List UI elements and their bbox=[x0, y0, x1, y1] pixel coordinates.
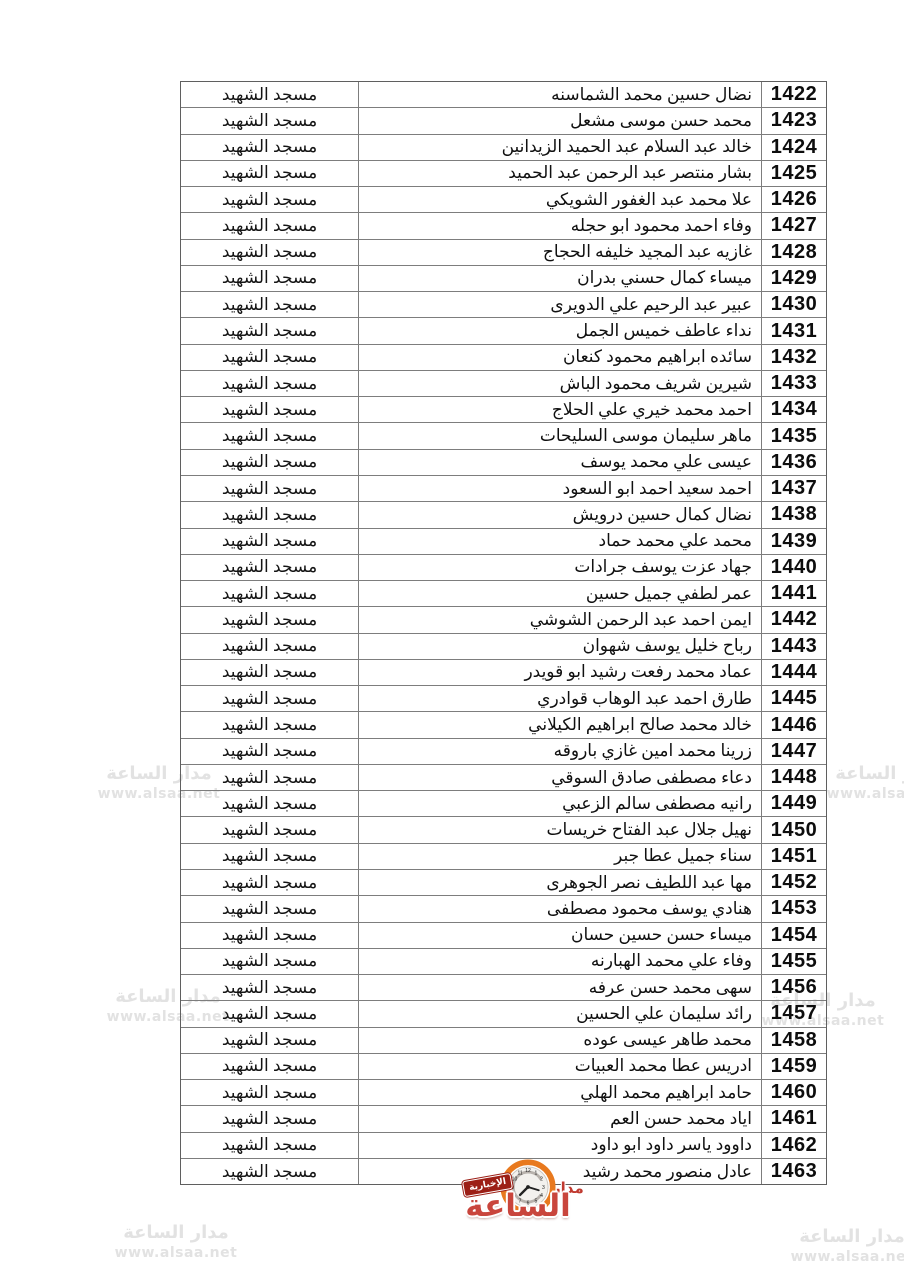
serial-number-cell: 1459 bbox=[762, 1054, 826, 1079]
location-cell: مسجد الشهيد bbox=[181, 1080, 359, 1105]
table-row: مسجد الشهيد سائده ابراهيم محمود كنعان 14… bbox=[181, 345, 826, 371]
table-row: مسجد الشهيد محمد حسن موسى مشعل 1423 bbox=[181, 108, 826, 134]
serial-number-cell: 1422 bbox=[762, 82, 826, 107]
svg-text:2: 2 bbox=[540, 1176, 543, 1182]
serial-number-cell: 1443 bbox=[762, 634, 826, 659]
serial-number-cell: 1452 bbox=[762, 870, 826, 895]
serial-number-cell: 1427 bbox=[762, 213, 826, 238]
location-cell: مسجد الشهيد bbox=[181, 108, 359, 133]
serial-number-cell: 1445 bbox=[762, 686, 826, 711]
location-cell: مسجد الشهيد bbox=[181, 476, 359, 501]
location-cell: مسجد الشهيد bbox=[181, 529, 359, 554]
table-row: مسجد الشهيد ايمن احمد عبد الرحمن الشوشي … bbox=[181, 607, 826, 633]
name-cell: رائد سليمان علي الحسين bbox=[359, 1001, 762, 1026]
serial-number-cell: 1449 bbox=[762, 791, 826, 816]
table-row: مسجد الشهيد محمد علي محمد حماد 1439 bbox=[181, 529, 826, 555]
document-page: مدار الساعة www.alsaa.net مدار الساعة ww… bbox=[0, 0, 904, 1280]
table-row: مسجد الشهيد ادريس عطا محمد العبيات 1459 bbox=[181, 1054, 826, 1080]
name-cell: ميساء كمال حسني بدران bbox=[359, 266, 762, 291]
table-row: مسجد الشهيد نداء عاطف خميس الجمل 1431 bbox=[181, 318, 826, 344]
serial-number-cell: 1458 bbox=[762, 1028, 826, 1053]
table-row: مسجد الشهيد محمد طاهر عيسى عوده 1458 bbox=[181, 1028, 826, 1054]
watermark-site-name: مدار الساعة bbox=[110, 1222, 242, 1245]
table-row: مسجد الشهيد احمد سعيد احمد ابو السعود 14… bbox=[181, 476, 826, 502]
location-cell: مسجد الشهيد bbox=[181, 1133, 359, 1158]
serial-number-cell: 1448 bbox=[762, 765, 826, 790]
table-row: مسجد الشهيد ماهر سليمان موسى السليحات 14… bbox=[181, 423, 826, 449]
serial-number-cell: 1431 bbox=[762, 318, 826, 343]
location-cell: مسجد الشهيد bbox=[181, 450, 359, 475]
name-cell: زرينا محمد امين غازي باروقه bbox=[359, 739, 762, 764]
watermark: مدار الساعة www.alsaa.net bbox=[110, 1222, 242, 1262]
serial-number-cell: 1440 bbox=[762, 555, 826, 580]
location-cell: مسجد الشهيد bbox=[181, 555, 359, 580]
serial-number-cell: 1462 bbox=[762, 1133, 826, 1158]
name-cell: مها عبد اللطيف نصر الجوهرى bbox=[359, 870, 762, 895]
serial-number-cell: 1435 bbox=[762, 423, 826, 448]
name-cell: اياد محمد حسن العم bbox=[359, 1106, 762, 1131]
name-cell: نضال كمال حسين درويش bbox=[359, 502, 762, 527]
table-row: مسجد الشهيد عمر لطفي جميل حسين 1441 bbox=[181, 581, 826, 607]
name-cell: سائده ابراهيم محمود كنعان bbox=[359, 345, 762, 370]
location-cell: مسجد الشهيد bbox=[181, 423, 359, 448]
location-cell: مسجد الشهيد bbox=[181, 607, 359, 632]
name-cell: احمد محمد خيري علي الحلاج bbox=[359, 397, 762, 422]
table-row: مسجد الشهيد رانيه مصطفى سالم الزعبي 1449 bbox=[181, 791, 826, 817]
table-row: مسجد الشهيد شيرين شريف محمود الباش 1433 bbox=[181, 371, 826, 397]
location-cell: مسجد الشهيد bbox=[181, 1106, 359, 1131]
table-row: مسجد الشهيد علا محمد عبد الغفور الشويكي … bbox=[181, 187, 826, 213]
serial-number-cell: 1425 bbox=[762, 161, 826, 186]
table-row: مسجد الشهيد سهى محمد حسن عرفه 1456 bbox=[181, 975, 826, 1001]
table-row: مسجد الشهيد احمد محمد خيري علي الحلاج 14… bbox=[181, 397, 826, 423]
location-cell: مسجد الشهيد bbox=[181, 896, 359, 921]
name-cell: وفاء علي محمد الهبارنه bbox=[359, 949, 762, 974]
name-cell: احمد سعيد احمد ابو السعود bbox=[359, 476, 762, 501]
location-cell: مسجد الشهيد bbox=[181, 791, 359, 816]
location-cell: مسجد الشهيد bbox=[181, 581, 359, 606]
name-cell: محمد طاهر عيسى عوده bbox=[359, 1028, 762, 1053]
serial-number-cell: 1461 bbox=[762, 1106, 826, 1131]
location-cell: مسجد الشهيد bbox=[181, 712, 359, 737]
serial-number-cell: 1438 bbox=[762, 502, 826, 527]
serial-number-cell: 1451 bbox=[762, 844, 826, 869]
table-row: مسجد الشهيد عماد محمد رفعت رشيد ابو قويد… bbox=[181, 660, 826, 686]
serial-number-cell: 1434 bbox=[762, 397, 826, 422]
name-cell: شيرين شريف محمود الباش bbox=[359, 371, 762, 396]
location-cell: مسجد الشهيد bbox=[181, 660, 359, 685]
name-cell: بشار منتصر عبد الرحمن عبد الحميد bbox=[359, 161, 762, 186]
serial-number-cell: 1424 bbox=[762, 135, 826, 160]
location-cell: مسجد الشهيد bbox=[181, 266, 359, 291]
name-cell: ماهر سليمان موسى السليحات bbox=[359, 423, 762, 448]
serial-number-cell: 1432 bbox=[762, 345, 826, 370]
location-cell: مسجد الشهيد bbox=[181, 634, 359, 659]
name-cell: جهاد عزت يوسف جرادات bbox=[359, 555, 762, 580]
name-cell: رباح خليل يوسف شهوان bbox=[359, 634, 762, 659]
name-cell: دعاء مصطفى صادق السوقي bbox=[359, 765, 762, 790]
table-row: مسجد الشهيد وفاء احمد محمود ابو حجله 142… bbox=[181, 213, 826, 239]
serial-number-cell: 1433 bbox=[762, 371, 826, 396]
name-cell: محمد حسن موسى مشعل bbox=[359, 108, 762, 133]
name-cell: سهى محمد حسن عرفه bbox=[359, 975, 762, 1000]
table-row: مسجد الشهيد جهاد عزت يوسف جرادات 1440 bbox=[181, 555, 826, 581]
serial-number-cell: 1456 bbox=[762, 975, 826, 1000]
table-row: مسجد الشهيد نضال كمال حسين درويش 1438 bbox=[181, 502, 826, 528]
location-cell: مسجد الشهيد bbox=[181, 187, 359, 212]
location-cell: مسجد الشهيد bbox=[181, 1159, 359, 1184]
location-cell: مسجد الشهيد bbox=[181, 240, 359, 265]
name-cell: خالد عبد السلام عبد الحميد الزيدانين bbox=[359, 135, 762, 160]
table-row: مسجد الشهيد دعاء مصطفى صادق السوقي 1448 bbox=[181, 765, 826, 791]
table-row: مسجد الشهيد زرينا محمد امين غازي باروقه … bbox=[181, 739, 826, 765]
serial-number-cell: 1437 bbox=[762, 476, 826, 501]
serial-number-cell: 1450 bbox=[762, 817, 826, 842]
table-row: مسجد الشهيد بشار منتصر عبد الرحمن عبد ال… bbox=[181, 161, 826, 187]
watermark-site-name: مدار الساعة bbox=[786, 1226, 904, 1249]
watermark: مدار الساعة www.alsaa.net bbox=[822, 763, 904, 803]
name-cell: ادريس عطا محمد العبيات bbox=[359, 1054, 762, 1079]
table-row: مسجد الشهيد نهيل جلال عبد الفتاح خريسات … bbox=[181, 817, 826, 843]
location-cell: مسجد الشهيد bbox=[181, 371, 359, 396]
serial-number-cell: 1429 bbox=[762, 266, 826, 291]
table-row: مسجد الشهيد هنادي يوسف محمود مصطفى 1453 bbox=[181, 896, 826, 922]
name-cell: عمر لطفي جميل حسين bbox=[359, 581, 762, 606]
name-cell: نهيل جلال عبد الفتاح خريسات bbox=[359, 817, 762, 842]
serial-number-cell: 1453 bbox=[762, 896, 826, 921]
name-cell: سناء جميل عطا جبر bbox=[359, 844, 762, 869]
table-row: مسجد الشهيد طارق احمد عبد الوهاب قوادري … bbox=[181, 686, 826, 712]
site-logo: 1212 345 678 91011 الإخبارية مدار الساعة bbox=[455, 1155, 615, 1265]
serial-number-cell: 1430 bbox=[762, 292, 826, 317]
location-cell: مسجد الشهيد bbox=[181, 765, 359, 790]
serial-number-cell: 1436 bbox=[762, 450, 826, 475]
serial-number-cell: 1460 bbox=[762, 1080, 826, 1105]
location-cell: مسجد الشهيد bbox=[181, 975, 359, 1000]
name-cell: رانيه مصطفى سالم الزعبي bbox=[359, 791, 762, 816]
name-cell: نداء عاطف خميس الجمل bbox=[359, 318, 762, 343]
name-cell: غازيه عبد المجيد خليفه الحجاج bbox=[359, 240, 762, 265]
table-row: مسجد الشهيد غازيه عبد المجيد خليفه الحجا… bbox=[181, 240, 826, 266]
location-cell: مسجد الشهيد bbox=[181, 161, 359, 186]
serial-number-cell: 1428 bbox=[762, 240, 826, 265]
table-row: مسجد الشهيد ميساء حسن حسين حسان 1454 bbox=[181, 923, 826, 949]
table-row: مسجد الشهيد رائد سليمان علي الحسين 1457 bbox=[181, 1001, 826, 1027]
location-cell: مسجد الشهيد bbox=[181, 844, 359, 869]
martyrs-list-table: مسجد الشهيد نضال حسين محمد الشماسنه 1422… bbox=[180, 81, 827, 1185]
serial-number-cell: 1442 bbox=[762, 607, 826, 632]
location-cell: مسجد الشهيد bbox=[181, 345, 359, 370]
name-cell: محمد علي محمد حماد bbox=[359, 529, 762, 554]
serial-number-cell: 1446 bbox=[762, 712, 826, 737]
table-row: مسجد الشهيد خالد عبد السلام عبد الحميد ا… bbox=[181, 135, 826, 161]
location-cell: مسجد الشهيد bbox=[181, 82, 359, 107]
location-cell: مسجد الشهيد bbox=[181, 397, 359, 422]
location-cell: مسجد الشهيد bbox=[181, 135, 359, 160]
serial-number-cell: 1447 bbox=[762, 739, 826, 764]
table-row: مسجد الشهيد سناء جميل عطا جبر 1451 bbox=[181, 844, 826, 870]
table-row: مسجد الشهيد رباح خليل يوسف شهوان 1443 bbox=[181, 634, 826, 660]
watermark-site-url: www.alsaa.net bbox=[786, 1249, 904, 1267]
serial-number-cell: 1463 bbox=[762, 1159, 826, 1184]
serial-number-cell: 1426 bbox=[762, 187, 826, 212]
location-cell: مسجد الشهيد bbox=[181, 923, 359, 948]
table-row: مسجد الشهيد عيسى علي محمد يوسف 1436 bbox=[181, 450, 826, 476]
name-cell: عيسى علي محمد يوسف bbox=[359, 450, 762, 475]
location-cell: مسجد الشهيد bbox=[181, 1054, 359, 1079]
svg-text:10: 10 bbox=[512, 1176, 518, 1182]
table-row: مسجد الشهيد ميساء كمال حسني بدران 1429 bbox=[181, 266, 826, 292]
location-cell: مسجد الشهيد bbox=[181, 686, 359, 711]
location-cell: مسجد الشهيد bbox=[181, 1028, 359, 1053]
table-row: مسجد الشهيد خالد محمد صالح ابراهيم الكيل… bbox=[181, 712, 826, 738]
name-cell: طارق احمد عبد الوهاب قوادري bbox=[359, 686, 762, 711]
name-cell: خالد محمد صالح ابراهيم الكيلاني bbox=[359, 712, 762, 737]
location-cell: مسجد الشهيد bbox=[181, 739, 359, 764]
location-cell: مسجد الشهيد bbox=[181, 817, 359, 842]
serial-number-cell: 1441 bbox=[762, 581, 826, 606]
watermark-site-url: www.alsaa.net bbox=[110, 1245, 242, 1263]
table-row: مسجد الشهيد اياد محمد حسن العم 1461 bbox=[181, 1106, 826, 1132]
name-cell: هنادي يوسف محمود مصطفى bbox=[359, 896, 762, 921]
location-cell: مسجد الشهيد bbox=[181, 1001, 359, 1026]
watermark: مدار الساعة www.alsaa.net bbox=[786, 1226, 904, 1266]
name-cell: عماد محمد رفعت رشيد ابو قويدر bbox=[359, 660, 762, 685]
location-cell: مسجد الشهيد bbox=[181, 292, 359, 317]
serial-number-cell: 1455 bbox=[762, 949, 826, 974]
location-cell: مسجد الشهيد bbox=[181, 949, 359, 974]
location-cell: مسجد الشهيد bbox=[181, 213, 359, 238]
svg-text:11: 11 bbox=[517, 1170, 522, 1176]
name-cell: نضال حسين محمد الشماسنه bbox=[359, 82, 762, 107]
name-cell: علا محمد عبد الغفور الشويكي bbox=[359, 187, 762, 212]
svg-text:1: 1 bbox=[535, 1170, 538, 1176]
table-row: مسجد الشهيد عبير عبد الرحيم علي الدويرى … bbox=[181, 292, 826, 318]
name-cell: حامد ابراهيم محمد الهلي bbox=[359, 1080, 762, 1105]
name-cell: ايمن احمد عبد الرحمن الشوشي bbox=[359, 607, 762, 632]
svg-text:12: 12 bbox=[525, 1168, 531, 1174]
table-row: مسجد الشهيد وفاء علي محمد الهبارنه 1455 bbox=[181, 949, 826, 975]
serial-number-cell: 1444 bbox=[762, 660, 826, 685]
name-cell: وفاء احمد محمود ابو حجله bbox=[359, 213, 762, 238]
logo-word-alsaa: الساعة bbox=[463, 1188, 573, 1224]
location-cell: مسجد الشهيد bbox=[181, 502, 359, 527]
serial-number-cell: 1423 bbox=[762, 108, 826, 133]
table-row: مسجد الشهيد حامد ابراهيم محمد الهلي 1460 bbox=[181, 1080, 826, 1106]
watermark-site-url: www.alsaa.net bbox=[822, 786, 904, 804]
location-cell: مسجد الشهيد bbox=[181, 870, 359, 895]
name-cell: عبير عبد الرحيم علي الدويرى bbox=[359, 292, 762, 317]
serial-number-cell: 1454 bbox=[762, 923, 826, 948]
table-row: مسجد الشهيد مها عبد اللطيف نصر الجوهرى 1… bbox=[181, 870, 826, 896]
watermark-site-name: مدار الساعة bbox=[822, 763, 904, 786]
table-row: مسجد الشهيد نضال حسين محمد الشماسنه 1422 bbox=[181, 82, 826, 108]
name-cell: ميساء حسن حسين حسان bbox=[359, 923, 762, 948]
serial-number-cell: 1439 bbox=[762, 529, 826, 554]
location-cell: مسجد الشهيد bbox=[181, 318, 359, 343]
serial-number-cell: 1457 bbox=[762, 1001, 826, 1026]
